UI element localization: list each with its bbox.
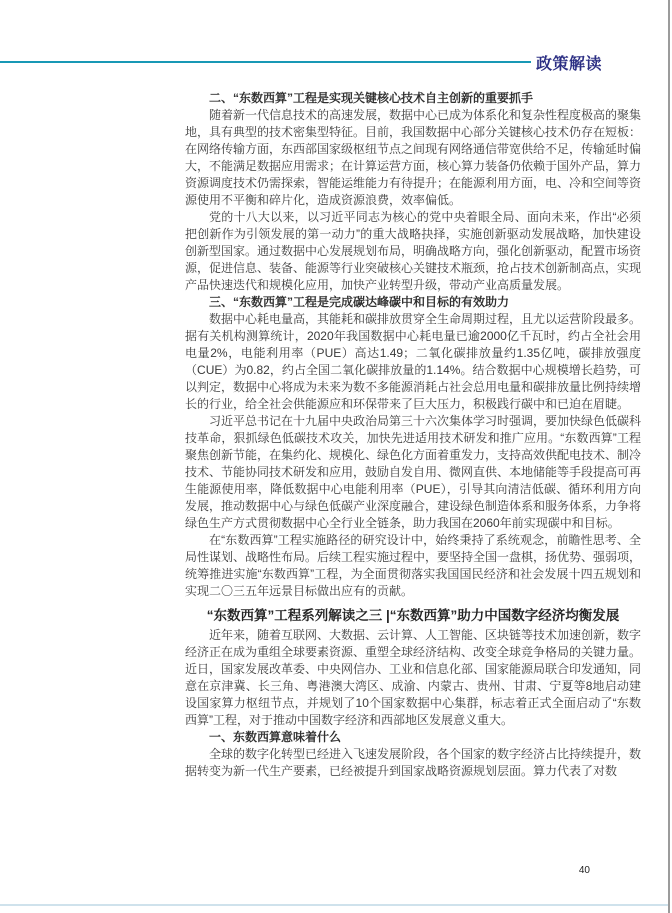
page-number: 40 xyxy=(579,865,590,876)
page-bottom-edge-rule xyxy=(0,904,668,906)
header-divider-rule xyxy=(0,61,531,63)
paragraph: 在“东数西算”工程实施路径的研究设计中，始终秉持了系统观念，前瞻性思考、全局性谋… xyxy=(185,532,641,600)
section-heading-2: 二、“东数西算”工程是实现关键核心技术自主创新的重要抓手 xyxy=(185,90,641,107)
paragraph: 全球的数字化转型已经进入飞速发展阶段，各个国家的数字经济占比持续提升，数据转变为… xyxy=(185,746,641,780)
section-heading-3: 三、“东数西算”工程是完成碳达峰碳中和目标的有效助力 xyxy=(185,294,641,311)
paragraph: 随着新一代信息技术的高速发展，数据中心已成为体系化和复杂性程度极高的聚集地，具有… xyxy=(185,107,641,209)
paragraph: 近年来，随着互联网、大数据、云计算、人工智能、区块链等技术加速创新，数字经济正在… xyxy=(185,627,641,729)
paragraph: 党的十八大以来，以习近平同志为核心的党中央着眼全局、面向未来，作出“必须把创新作… xyxy=(185,209,641,294)
section-heading-1: 一、东数西算意味着什么 xyxy=(185,729,641,746)
paragraph: 数据中心耗电量高，其能耗和碳排放贯穿全生命周期过程，且尤以运营阶段最多。据有关机… xyxy=(185,311,641,413)
document-page: 政策解读 二、“东数西算”工程是实现关键核心技术自主创新的重要抓手 随着新一代信… xyxy=(0,0,670,913)
article-body: 二、“东数西算”工程是实现关键核心技术自主创新的重要抓手 随着新一代信息技术的高… xyxy=(185,90,641,780)
paragraph: 习近平总书记在十九届中央政治局第三十六次集体学习时强调，要加快绿色低碳科技革命，… xyxy=(185,413,641,532)
series-article-title: “东数西算”工程系列解读之三 |“东数西算”助力中国数字经济均衡发展 xyxy=(185,607,641,624)
page-header-section-label: 政策解读 xyxy=(536,51,602,74)
